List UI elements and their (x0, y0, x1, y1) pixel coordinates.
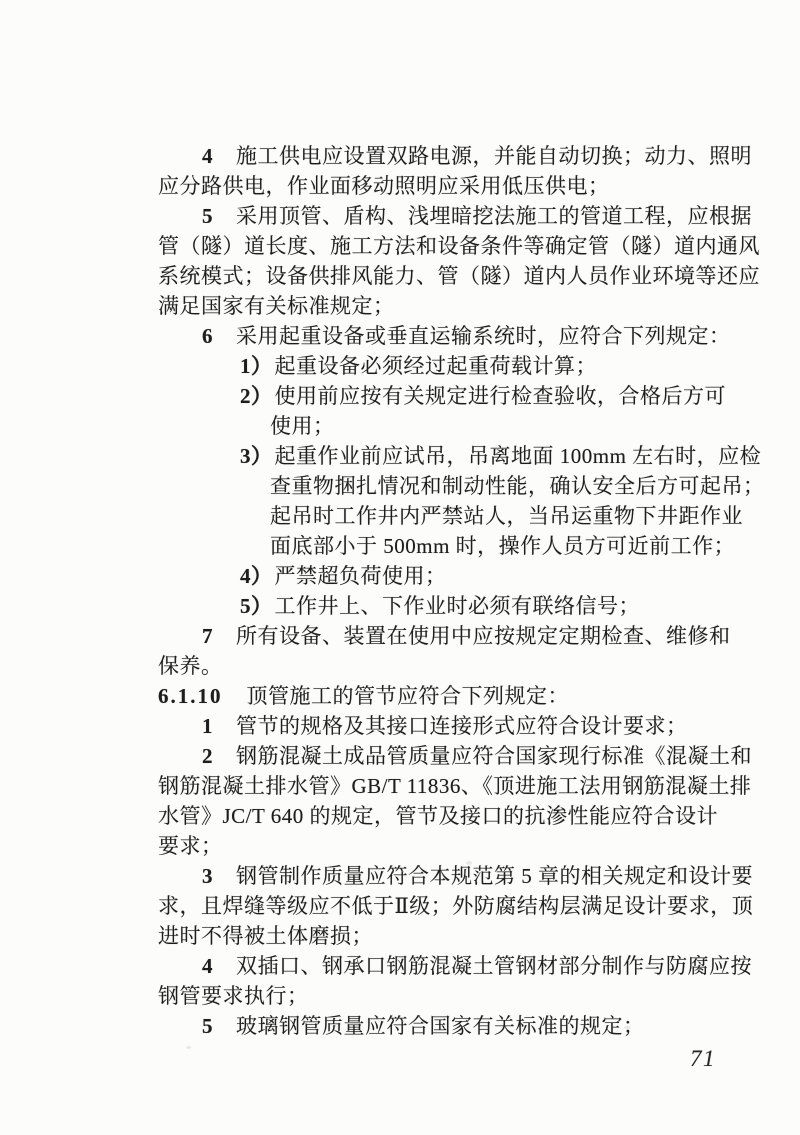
text-line: 管（隧）道长度、施工方法和设备条件等确定管（隧）道内通风 (158, 231, 744, 261)
line-text: 系统模式；设备供排风能力、管（隧）道内人员作业环境等还应 (158, 264, 760, 288)
line-text: 钢管要求执行； (158, 984, 309, 1008)
text-line: 保养。 (158, 651, 744, 681)
text-line: 5玻璃钢管质量应符合国家有关标准的规定； (158, 1011, 744, 1041)
text-line: 7所有设备、装置在使用中应按规定定期检查、维修和 (158, 621, 744, 651)
line-text: 应分路供电，作业面移动照明应采用低压供电； (158, 174, 610, 198)
document-page: { "page": { "background": "#fcfcfa", "te… (0, 0, 800, 1135)
text-line: 5采用顶管、盾构、浅埋暗挖法施工的管道工程，应根据 (158, 201, 744, 231)
line-text: 满足国家有关标准规定； (158, 294, 395, 318)
page-number: 71 (690, 1046, 716, 1072)
item-number: 1） (240, 351, 273, 381)
text-line: 5）工作井上、下作业时必须有联络信号； (158, 591, 744, 621)
line-text: 严禁超负荷使用； (275, 564, 447, 588)
line-text: 钢筋混凝土成品管质量应符合国家现行标准《混凝土和 (236, 744, 752, 768)
text-line: 起吊时工作井内严禁站人，当吊运重物下井距作业 (158, 501, 744, 531)
line-text: 采用顶管、盾构、浅埋暗挖法施工的管道工程，应根据 (236, 204, 752, 228)
text-line: 使用； (158, 411, 744, 441)
line-text: 顶管施工的管节应符合下列规定： (247, 684, 570, 708)
item-number: 1 (202, 711, 213, 741)
text-line: 6.1.10顶管施工的管节应符合下列规定： (158, 681, 744, 711)
text-line: 1管节的规格及其接口连接形式应符合设计要求； (158, 711, 744, 741)
text-line: 求，且焊缝等级应不低于Ⅱ级；外防腐结构层满足设计要求，顶 (158, 891, 744, 921)
text-line: 4施工供电应设置双路电源，并能自动切换；动力、照明 (158, 141, 744, 171)
text-line: 1）起重设备必须经过起重荷载计算； (158, 351, 744, 381)
line-text: 所有设备、装置在使用中应按规定定期检查、维修和 (236, 624, 731, 648)
text-line: 2钢筋混凝土成品管质量应符合国家现行标准《混凝土和 (158, 741, 744, 771)
text-line: 2）使用前应按有关规定进行检查验收，合格后方可 (158, 381, 744, 411)
item-number: 3） (240, 441, 273, 471)
line-text: 工作井上、下作业时必须有联络信号； (275, 594, 641, 618)
line-text: 求，且焊缝等级应不低于Ⅱ级；外防腐结构层满足设计要求，顶 (158, 894, 753, 918)
item-number: 2 (202, 741, 213, 771)
line-text: 使用； (270, 414, 335, 438)
line-text: 管节的规格及其接口连接形式应符合设计要求； (236, 714, 688, 738)
text-line: 水管》JC/T 640 的规定，管节及接口的抗渗性能应符合设计 (158, 801, 744, 831)
item-number: 6 (202, 321, 213, 351)
text-line: 3钢管制作质量应符合本规范第 5 章的相关规定和设计要 (158, 861, 744, 891)
text-block: 4施工供电应设置双路电源，并能自动切换；动力、照明 应分路供电，作业面移动照明应… (158, 141, 744, 1041)
line-text: 管（隧）道长度、施工方法和设备条件等确定管（隧）道内通风 (158, 234, 760, 258)
text-line: 进时不得被土体磨损； (158, 921, 744, 951)
item-number: 4） (240, 561, 273, 591)
line-text: 施工供电应设置双路电源，并能自动切换；动力、照明 (236, 144, 752, 168)
line-text: 钢管制作质量应符合本规范第 5 章的相关规定和设计要 (236, 864, 753, 888)
item-number: 3 (202, 861, 213, 891)
line-text: 双插口、钢承口钢筋混凝土管钢材部分制作与防腐应按 (236, 954, 752, 978)
line-text: 保养。 (158, 654, 223, 678)
scan-speckle (186, 1046, 191, 1049)
item-number: 4 (202, 951, 213, 981)
text-line: 钢管要求执行； (158, 981, 744, 1011)
item-number: 5） (240, 591, 273, 621)
line-text: 进时不得被土体磨损； (158, 924, 373, 948)
line-text: 采用起重设备或垂直运输系统时，应符合下列规定： (236, 324, 731, 348)
item-number: 4 (202, 141, 213, 171)
line-text: 水管》JC/T 640 的规定，管节及接口的抗渗性能应符合设计 (158, 804, 718, 828)
line-text: 起重设备必须经过起重荷载计算； (275, 354, 598, 378)
line-text: 要求； (158, 834, 223, 858)
text-line: 满足国家有关标准规定； (158, 291, 744, 321)
text-line: 要求； (158, 831, 744, 861)
line-text: 钢筋混凝土排水管》GB/T 11836、《顶进施工法用钢筋混凝土排 (158, 774, 751, 798)
text-line: 6采用起重设备或垂直运输系统时，应符合下列规定： (158, 321, 744, 351)
text-line: 钢筋混凝土排水管》GB/T 11836、《顶进施工法用钢筋混凝土排 (158, 771, 744, 801)
item-number: 2） (240, 381, 273, 411)
text-line: 系统模式；设备供排风能力、管（隧）道内人员作业环境等还应 (158, 261, 744, 291)
scan-speckle (624, 1026, 631, 1029)
text-line: 查重物捆扎情况和制动性能，确认安全后方可起吊； (158, 471, 744, 501)
text-line: 3）起重作业前应试吊，吊离地面 100mm 左右时，应检 (158, 441, 744, 471)
item-number: 5 (202, 1011, 213, 1041)
scan-speckle (466, 861, 472, 865)
text-line: 4）严禁超负荷使用； (158, 561, 744, 591)
line-text: 使用前应按有关规定进行检查验收，合格后方可 (275, 384, 727, 408)
text-line: 4双插口、钢承口钢筋混凝土管钢材部分制作与防腐应按 (158, 951, 744, 981)
item-number: 7 (202, 621, 213, 651)
line-text: 玻璃钢管质量应符合国家有关标准的规定； (236, 1014, 645, 1038)
line-text: 起吊时工作井内严禁站人，当吊运重物下井距作业 (270, 504, 743, 528)
item-number: 6.1.10 (158, 681, 223, 711)
text-line: 应分路供电，作业面移动照明应采用低压供电； (158, 171, 744, 201)
scanned-page: 4施工供电应设置双路电源，并能自动切换；动力、照明 应分路供电，作业面移动照明应… (0, 0, 800, 1135)
item-number: 5 (202, 201, 213, 231)
line-text: 起重作业前应试吊，吊离地面 100mm 左右时，应检 (275, 444, 762, 468)
text-line: 面底部小于 500mm 时，操作人员方可近前工作； (158, 531, 744, 561)
line-text: 查重物捆扎情况和制动性能，确认安全后方可起吊； (270, 474, 765, 498)
line-text: 面底部小于 500mm 时，操作人员方可近前工作； (270, 534, 735, 558)
